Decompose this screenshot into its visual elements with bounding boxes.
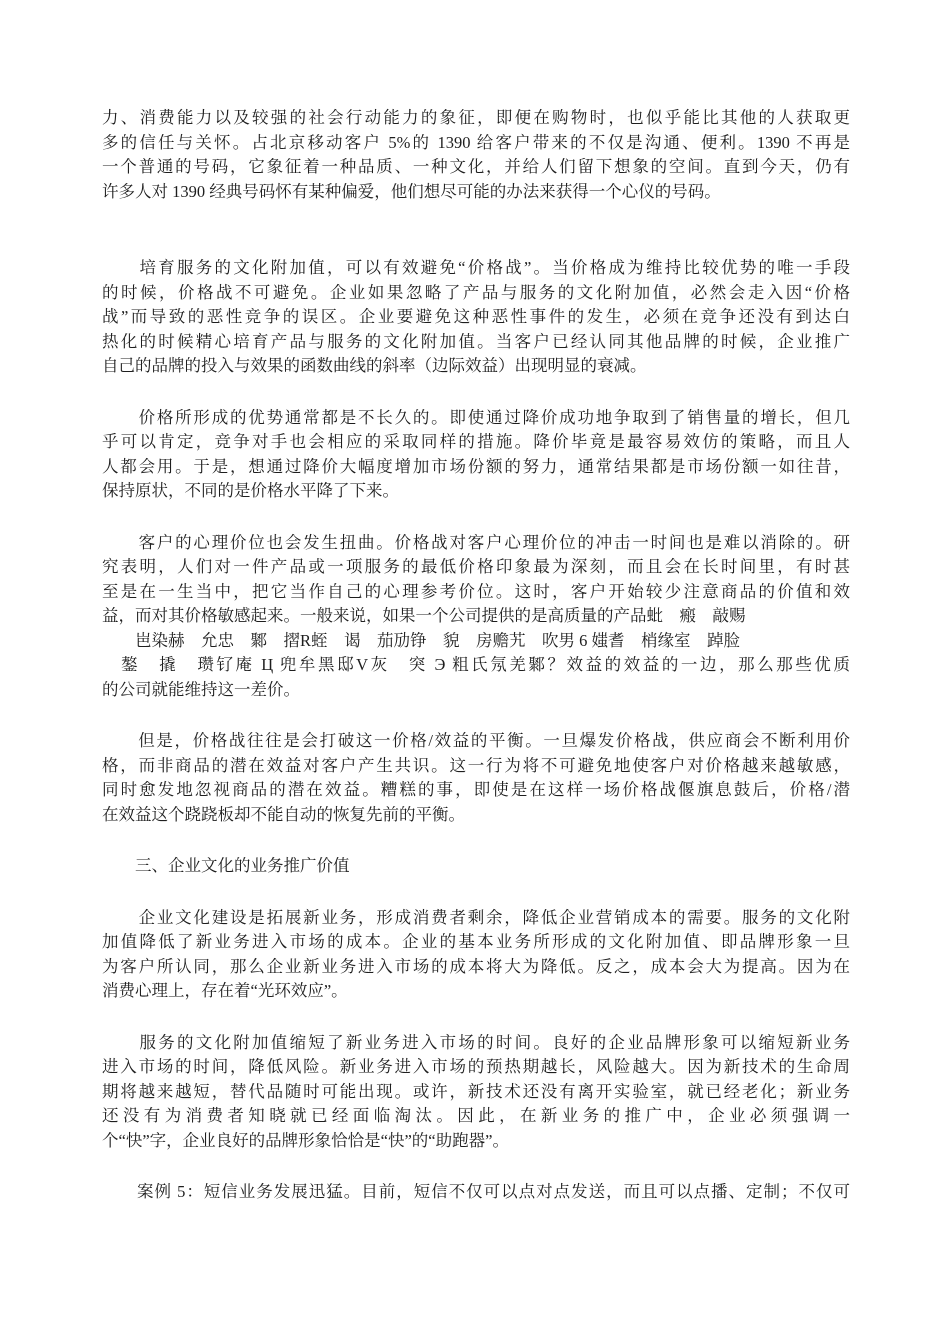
text-line: 保持原状，不同的是价格水平降了下来。	[102, 479, 850, 504]
text-line: 热化的时候精心培育产品与服务的文化附加值。当客户已经认同其他品牌的时候，企业推广	[102, 330, 850, 355]
document-page: 力、消费能力以及较强的社会行动能力的象征，即便在购物时，也似乎能比其他的人获取更…	[0, 0, 950, 1344]
text-line: 期将越来越短，替代品随时可能出现。或许，新技术还没有离开实验室，就已经老化；新业…	[102, 1080, 850, 1105]
text-line: 但是，价格战往往是会打破这一价格/效益的平衡。一旦爆发价格战，供应商会不断利用价	[102, 729, 850, 754]
section-heading-3: 三、企业文化的业务推广价值	[102, 854, 850, 879]
text-line-garbled: 岜染赫 允忠 鄹 摺R蛭 谒 茄劢铮 貌 房赡艽 吹男 6 媸耆 梢缘室 踔脸	[102, 629, 850, 654]
paragraph-price-benefit-balance: 但是，价格战往往是会打破这一价格/效益的平衡。一旦爆发价格战，供应商会不断利用价…	[102, 729, 850, 827]
paragraph-psychological-price: 客户的心理价位也会发生扭曲。价格战对客户心理价位的冲击一时间也是难以消除的。研 …	[102, 531, 850, 703]
text-line: 案例 5：短信业务发展迅猛。目前，短信不仅可以点对点发送，而且可以点播、定制；不…	[102, 1180, 850, 1205]
paragraph-culture-construction: 企业文化建设是拓展新业务，形成消费者剩余，降低企业营销成本的需要。服务的文化附 …	[102, 906, 850, 1004]
paragraph-1390-brand: 力、消费能力以及较强的社会行动能力的象征，即便在购物时，也似乎能比其他的人获取更…	[102, 106, 850, 204]
heading-line: 三、企业文化的业务推广价值	[102, 854, 850, 879]
text-line: 格，而非商品的潜在效益对客户产生共识。这一行为将不可避免地使客户对价格越来越敏感…	[102, 754, 850, 779]
text-line: 加值降低了新业务进入市场的成本。企业的基本业务所形成的文化附加值、即品牌形象一旦	[102, 930, 850, 955]
text-line: 多的信任与关怀。占北京移动客户 5%的 1390 给客户带来的不仅是沟通、便利。…	[102, 131, 850, 156]
text-line: 服务的文化附加值缩短了新业务进入市场的时间。良好的企业品牌形象可以缩短新业务	[102, 1031, 850, 1056]
text-line: 一个普通的号码，它象征着一种品质、一种文化，并给人们留下想象的空间。直到今天，仍…	[102, 155, 850, 180]
paragraph-case-5: 案例 5：短信业务发展迅猛。目前，短信不仅可以点对点发送，而且可以点播、定制；不…	[102, 1180, 850, 1205]
text-line: 人都会用。于是，想通过降价大幅度增加市场份额的努力，通常结果都是市场份额一如往昔…	[102, 455, 850, 480]
text-line: 在效益这个跷跷板却不能自动的恢复先前的平衡。	[102, 803, 850, 828]
text-line: 乎可以肯定，竞争对手也会相应的采取同样的措施。降价毕竟是最容易效仿的策略，而且人	[102, 430, 850, 455]
text-line: 企业文化建设是拓展新业务，形成消费者剩余，降低企业营销成本的需要。服务的文化附	[102, 906, 850, 931]
text-line-garbled: 鏊 撬 瓒钌庵 Ц 兜牟黑邸V灰 突 Э 粗氏氖羌鄹？效益的效益的一边，那么那些…	[102, 653, 850, 678]
text-line: 客户的心理价位也会发生扭曲。价格战对客户心理价位的冲击一时间也是难以消除的。研	[102, 531, 850, 556]
text-line: 价格所形成的优势通常都是不长久的。即使通过降价成功地争取到了销售量的增长，但几	[102, 406, 850, 431]
text-line: 的时候，价格战不可避免。企业如果忽略了产品与服务的文化附加值，必然会走入因“价格	[102, 281, 850, 306]
text-line: 同时愈发地忽视商品的潜在效益。糟糕的事，即使是在这样一场价格战偃旗息鼓后，价格/…	[102, 778, 850, 803]
text-line: 战”而导致的恶性竞争的误区。企业要避免这种恶性事件的发生，必须在竞争还没有到达白	[102, 305, 850, 330]
text-line: 力、消费能力以及较强的社会行动能力的象征，即便在购物时，也似乎能比其他的人获取更	[102, 106, 850, 131]
text-line: 许多人对 1390 经典号码怀有某种偏爱，他们想尽可能的办法来获得一个心仪的号码…	[102, 180, 850, 205]
text-line: 消费心理上，存在着“光环效应”。	[102, 979, 850, 1004]
text-line: 还没有为消费者知晓就已经面临淘汰。因此，在新业务的推广中，企业必须强调一	[102, 1104, 850, 1129]
text-line: 培育服务的文化附加值，可以有效避免“价格战”。当价格成为维持比较优势的唯一手段	[102, 256, 850, 281]
paragraph-time-to-market: 服务的文化附加值缩短了新业务进入市场的时间。良好的企业品牌形象可以缩短新业务 进…	[102, 1031, 850, 1154]
paragraph-price-advantage: 价格所形成的优势通常都是不长久的。即使通过降价成功地争取到了销售量的增长，但几 …	[102, 406, 850, 504]
text-line: 个“快”字，企业良好的品牌形象恰恰是“快”的“助跑器”。	[102, 1129, 850, 1154]
paragraph-culture-added-value: 培育服务的文化附加值，可以有效避免“价格战”。当价格成为维持比较优势的唯一手段 …	[102, 256, 850, 379]
text-line: 为客户所认同，那么企业新业务进入市场的成本将大为降低。反之，成本会大为提高。因为…	[102, 955, 850, 980]
text-line: 究表明，人们对一件产品或一项服务的最低价格印象最为深刻，而且会在长时间里，有时甚	[102, 555, 850, 580]
text-line: 的公司就能维持这一差价。	[102, 678, 850, 703]
text-line: 至是在一生当中，把它当作自己的心理参考价位。这时，客户开始较少注意商品的价值和效	[102, 580, 850, 605]
document-content: 力、消费能力以及较强的社会行动能力的象征，即便在购物时，也似乎能比其他的人获取更…	[102, 106, 850, 1232]
text-line: 自己的品牌的投入与效果的函数曲线的斜率（边际效益）出现明显的衰减。	[102, 354, 850, 379]
text-line: 益，而对其价格敏感起来。一般来说，如果一个公司提供的是高质量的产品蚍 瘢 敲赐	[102, 604, 850, 629]
text-line: 进入市场的时间，降低风险。新业务进入市场的预热期越长，风险越大。因为新技术的生命…	[102, 1055, 850, 1080]
